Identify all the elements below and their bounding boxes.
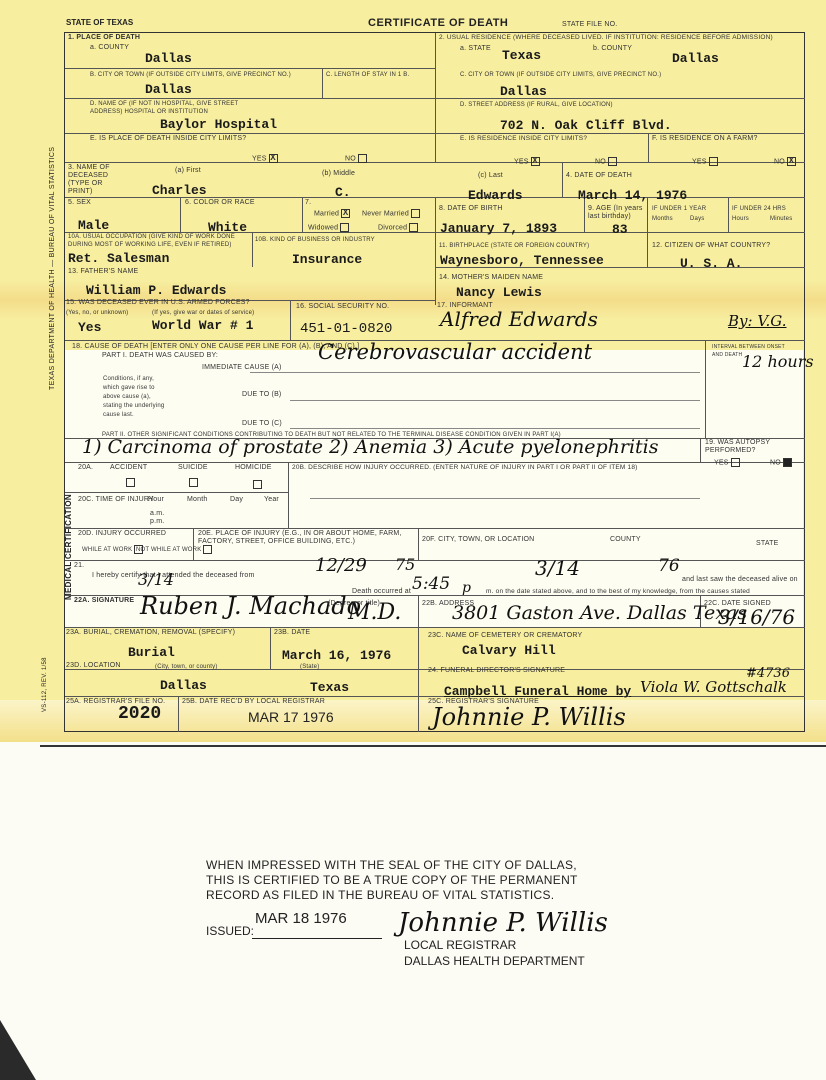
attended-to-date[interactable]: 3/14 <box>535 556 580 580</box>
res-city-field[interactable]: Dallas <box>500 84 547 99</box>
last-saw-text: and last saw the deceased alive on <box>682 576 798 584</box>
local-registrar-title: LOCAL REGISTRAR <box>404 938 516 952</box>
usual-residence-label: 2. USUAL RESIDENCE (Where deceased lived… <box>439 34 773 42</box>
checkbox-empty-icon <box>203 545 212 554</box>
armed-war-label: (If yes, give war or dates of service) <box>152 309 254 317</box>
widowed-option[interactable]: Widowed <box>308 223 349 232</box>
pm-label: p.m. <box>150 518 164 526</box>
occupation-label: 10a. USUAL OCCUPATION (Give kind of work… <box>68 233 250 249</box>
res-inside-city-yes[interactable]: YESX <box>514 157 540 166</box>
ssn-field[interactable]: 451-01-0820 <box>300 321 392 337</box>
date-received-stamp: MAR 17 1976 <box>248 709 334 725</box>
certify-item-label: 21. <box>74 562 84 570</box>
immediate-cause-field[interactable]: Cerebrovascular accident <box>318 340 592 364</box>
cemetery-label: 23c. NAME OF CEMETERY OR CREMATORY <box>428 632 582 640</box>
checkbox-checked-icon <box>783 458 792 467</box>
res-inside-city-no[interactable]: NO <box>595 157 617 166</box>
date-of-death-field[interactable]: March 14, 1976 <box>578 188 687 203</box>
am-label: a.m. <box>150 510 164 518</box>
father-field[interactable]: William P. Edwards <box>86 283 226 298</box>
last-saw-date[interactable]: 3/14 <box>138 570 174 589</box>
race-label: 6. COLOR OR RACE <box>185 199 255 207</box>
date-received-label: 25b. DATE REC'D BY LOCAL REGISTRAR <box>182 698 325 706</box>
burial-date-field[interactable]: March 16, 1976 <box>282 648 391 663</box>
due-to-b-label: DUE TO (b) <box>242 391 281 399</box>
res-state-field[interactable]: Texas <box>502 48 541 63</box>
mother-field[interactable]: Nancy Lewis <box>456 285 542 300</box>
sex-label: 5. SEX <box>68 199 91 207</box>
injury-state-label: STATE <box>756 540 779 548</box>
citizen-label: 12. CITIZEN OF WHAT COUNTRY? <box>652 242 770 250</box>
never-married-option[interactable]: Never Married <box>362 209 420 218</box>
middle-name-label: (b) Middle <box>322 170 355 178</box>
location-city-label: (City, town, or county) <box>155 663 218 671</box>
date-signed-field[interactable]: 3/16/76 <box>718 605 795 629</box>
informant-by: By: V.G. <box>728 312 787 330</box>
certified-copy-block: WHEN IMPRESSED WITH THE SEAL OF THE CITY… <box>206 858 578 903</box>
conditions-label: Conditions, if any, which gave rise to a… <box>103 375 171 420</box>
cemetery-field[interactable]: Calvary Hill <box>462 643 556 658</box>
divorced-option[interactable]: Divorced <box>378 223 418 232</box>
checkbox-checked-icon: X <box>787 157 796 166</box>
res-inside-city-label: e. IS RESIDENCE INSIDE CITY LIMITS? <box>460 135 587 143</box>
document-title: CERTIFICATE OF DEATH <box>368 17 508 29</box>
res-street-field[interactable]: 702 N. Oak Cliff Blvd. <box>500 118 672 133</box>
checkbox-checked-icon: X <box>269 154 278 163</box>
name-label: 3. NAME OF DECEASED (Type or print) <box>68 164 128 196</box>
attended-to-year[interactable]: 76 <box>658 556 680 576</box>
checkbox-empty-icon <box>709 157 718 166</box>
checkbox-empty-icon <box>411 209 420 218</box>
age-label: 9. AGE (In years last birthday) <box>588 205 644 221</box>
autopsy-label: 19. WAS AUTOPSY PERFORMED? <box>705 439 801 455</box>
death-rest-text: m. on the date stated above, and to the … <box>486 588 750 596</box>
autopsy-yes[interactable]: YES <box>714 458 740 467</box>
day-label: Day <box>230 496 243 504</box>
fold-line <box>40 745 826 747</box>
pod-inside-city-label: e. IS PLACE OF DEATH INSIDE CITY LIMITS? <box>90 135 246 143</box>
pod-city-field[interactable]: Dallas <box>145 82 192 97</box>
autopsy-no[interactable]: NO <box>770 458 792 467</box>
suicide-option[interactable]: SUICIDE <box>178 464 208 472</box>
am-pm-field[interactable]: p <box>462 580 471 596</box>
state-header: STATE OF TEXAS <box>66 18 133 27</box>
funeral-director-number: #4736 <box>746 666 790 681</box>
last-name-label: (c) Last <box>478 172 503 180</box>
hospital-label: d. NAME OF (If not in hospital, give str… <box>90 100 270 116</box>
certified-line-2: THIS IS CERTIFIED TO BE A TRUE COPY OF T… <box>206 873 578 888</box>
burial-date-label: 23b. DATE <box>274 629 310 637</box>
checkbox-empty-icon <box>608 157 617 166</box>
hospital-field[interactable]: Baylor Hospital <box>160 117 277 132</box>
first-name-label: (a) First <box>175 167 201 175</box>
year-label: Year <box>264 496 279 504</box>
birthplace-label: 11. BIRTHPLACE (State or foreign country… <box>439 242 589 250</box>
pod-county-label: a. COUNTY <box>90 44 129 52</box>
suicide-checkbox-icon[interactable] <box>189 478 198 487</box>
res-city-label: c. CITY OR TOWN (If outside city limits,… <box>460 71 661 79</box>
interval-field[interactable]: 12 hours <box>742 352 814 371</box>
certified-line-3: RECORD AS FILED IN THE BUREAU OF VITAL S… <box>206 888 578 903</box>
under-24-label: IF UNDER 24 HRS <box>732 205 786 213</box>
months-label: Months <box>652 215 673 223</box>
res-farm-no[interactable]: NOX <box>774 157 796 166</box>
checkbox-empty-icon <box>358 154 367 163</box>
accident-option[interactable]: ACCIDENT <box>110 464 147 472</box>
minutes-label: Minutes <box>770 215 792 223</box>
last-name-field[interactable]: Edwards <box>468 188 523 203</box>
side-text: TEXAS DEPARTMENT OF HEALTH — BUREAU OF V… <box>49 147 56 390</box>
age-field[interactable]: 83 <box>612 222 628 237</box>
res-county-label: b. COUNTY <box>593 45 632 53</box>
dob-label: 8. DATE OF BIRTH <box>439 205 503 213</box>
armed-forces-label: 15. WAS DECEASED EVER IN U.S. ARMED FORC… <box>66 299 250 307</box>
sex-field[interactable]: Male <box>78 218 109 233</box>
married-option[interactable]: MarriedX <box>314 209 350 218</box>
res-street-label: d. STREET ADDRESS (If rural, give locati… <box>460 101 613 109</box>
pod-inside-city-no[interactable]: NO <box>345 154 367 163</box>
not-at-work-option[interactable]: NOT WHILE AT WORK <box>136 545 212 554</box>
industry-label: 10b. KIND OF BUSINESS OR INDUSTRY <box>255 236 375 244</box>
attended-from-year[interactable]: 75 <box>395 555 415 574</box>
immediate-cause-label: IMMEDIATE CAUSE (a) <box>202 364 282 372</box>
birthplace-field[interactable]: Waynesboro, Tennessee <box>440 253 604 268</box>
burial-method-field[interactable]: Burial <box>128 645 175 660</box>
pod-city-label: b. CITY OR TOWN (If outside city limits,… <box>90 71 291 79</box>
certified-line-1: WHEN IMPRESSED WITH THE SEAL OF THE CITY… <box>206 858 578 873</box>
time-of-injury-label: 20c. TIME OF INJURY <box>78 496 154 504</box>
armed-war-field[interactable]: World War # 1 <box>152 318 253 333</box>
at-work-option[interactable]: WHILE AT WORK <box>82 545 143 554</box>
checkbox-checked-icon: X <box>341 209 350 218</box>
accident-checkbox-icon[interactable] <box>126 478 135 487</box>
cause-label: 18. CAUSE OF DEATH [Enter only one cause… <box>72 343 359 351</box>
res-state-label: a. STATE <box>460 45 491 53</box>
health-department: DALLAS HEALTH DEPARTMENT <box>404 954 585 968</box>
first-name-field[interactable]: Charles <box>152 183 207 198</box>
physician-address[interactable]: 3801 Gaston Ave. Dallas Texas <box>452 602 747 624</box>
burial-method-label: 23a. BURIAL, CREMATION, REMOVAL (Specify… <box>66 629 235 637</box>
injury-county-label: COUNTY <box>610 536 641 544</box>
manner-label: 20a. <box>78 464 93 472</box>
place-of-death-label: 1. PLACE OF DEATH <box>68 34 140 42</box>
res-farm-yes[interactable]: YES <box>692 157 718 166</box>
state-file-no-label: STATE FILE NO. <box>562 21 617 29</box>
checkbox-empty-icon <box>731 458 740 467</box>
pod-inside-city-yes[interactable]: YESX <box>252 154 278 163</box>
part1-label: PART I. DEATH WAS CAUSED BY: <box>102 352 218 360</box>
checkbox-empty-icon <box>409 223 418 232</box>
signature-label: 22a. SIGNATURE <box>74 597 134 605</box>
injury-city-label: 20f. CITY, TOWN, OR LOCATION <box>422 536 534 544</box>
res-farm-label: f. IS RESIDENCE ON A FARM? <box>652 135 758 143</box>
length-of-stay-label: c. LENGTH OF STAY in 1 b. <box>326 71 426 79</box>
place-of-injury-label: 20e. PLACE OF INJURY (e.g., in or about … <box>198 530 413 546</box>
funeral-director-label: 24. FUNERAL DIRECTOR'S SIGNATURE <box>428 667 565 675</box>
pod-county-field[interactable]: Dallas <box>145 51 192 66</box>
ssn-label: 16. SOCIAL SECURITY NO. <box>296 303 389 311</box>
industry-field[interactable]: Insurance <box>292 252 362 267</box>
checkbox-checked-icon: X <box>531 157 540 166</box>
describe-injury-label: 20b. DESCRIBE HOW INJURY OCCURRED. (Ente… <box>292 464 638 472</box>
registrar-file-no-field[interactable]: 2020 <box>118 704 161 724</box>
registrar-signature: Johnnie P. Willis <box>432 703 626 731</box>
hour-label: Hour <box>148 496 164 504</box>
attended-from-date[interactable]: 12/29 <box>315 555 367 576</box>
form-number: VS-112, REV. 1/58 <box>42 657 48 712</box>
degree-field[interactable]: M.D. <box>348 600 401 625</box>
due-to-c-label: DUE TO (c) <box>242 420 282 428</box>
armed-yesno-label: (Yes, no, or unknown) <box>66 309 128 317</box>
death-time-field[interactable]: 5:45 <box>412 574 450 594</box>
res-county-field[interactable]: Dallas <box>672 51 719 66</box>
month-label: Month <box>187 496 207 504</box>
part2-field[interactable]: 1) Carcinoma of prostate 2) Anemia 3) Ac… <box>82 436 659 458</box>
local-registrar-signature: Johnnie P. Willis <box>398 908 608 938</box>
location-state-label: (State) <box>300 663 319 671</box>
checkbox-empty-icon <box>340 223 349 232</box>
father-label: 13. FATHER'S NAME <box>68 268 138 276</box>
informant-signature: Alfred Edwards <box>440 307 598 331</box>
dob-field[interactable]: January 7, 1893 <box>440 221 557 236</box>
location-label: 23d. LOCATION <box>66 662 121 670</box>
funeral-director-field[interactable]: Campbell Funeral Home by <box>444 684 631 699</box>
occupation-field[interactable]: Ret. Salesman <box>68 251 169 266</box>
page-corner-fold <box>0 1020 36 1080</box>
middle-name-field[interactable]: C. <box>335 185 351 200</box>
marital-label: 7. <box>305 199 311 207</box>
homicide-checkbox-icon[interactable] <box>253 480 262 489</box>
date-of-death-label: 4. DATE OF DEATH <box>566 172 632 180</box>
injury-occurred-label: 20d. INJURY OCCURRED <box>78 530 166 538</box>
location-state-field[interactable]: Texas <box>310 680 349 695</box>
issued-label: ISSUED: <box>206 924 254 938</box>
citizen-field[interactable]: U. S. A. <box>680 256 742 271</box>
hours-label: Hours <box>732 215 749 223</box>
armed-yesno-field[interactable]: Yes <box>78 320 101 335</box>
mother-label: 14. MOTHER'S MAIDEN NAME <box>439 274 543 282</box>
issued-date: MAR 18 1976 <box>255 910 347 927</box>
homicide-option[interactable]: HOMICIDE <box>235 464 272 472</box>
under-year-label: IF UNDER 1 YEAR <box>652 205 706 213</box>
days-label: Days <box>690 215 704 223</box>
location-city-field[interactable]: Dallas <box>160 678 207 693</box>
